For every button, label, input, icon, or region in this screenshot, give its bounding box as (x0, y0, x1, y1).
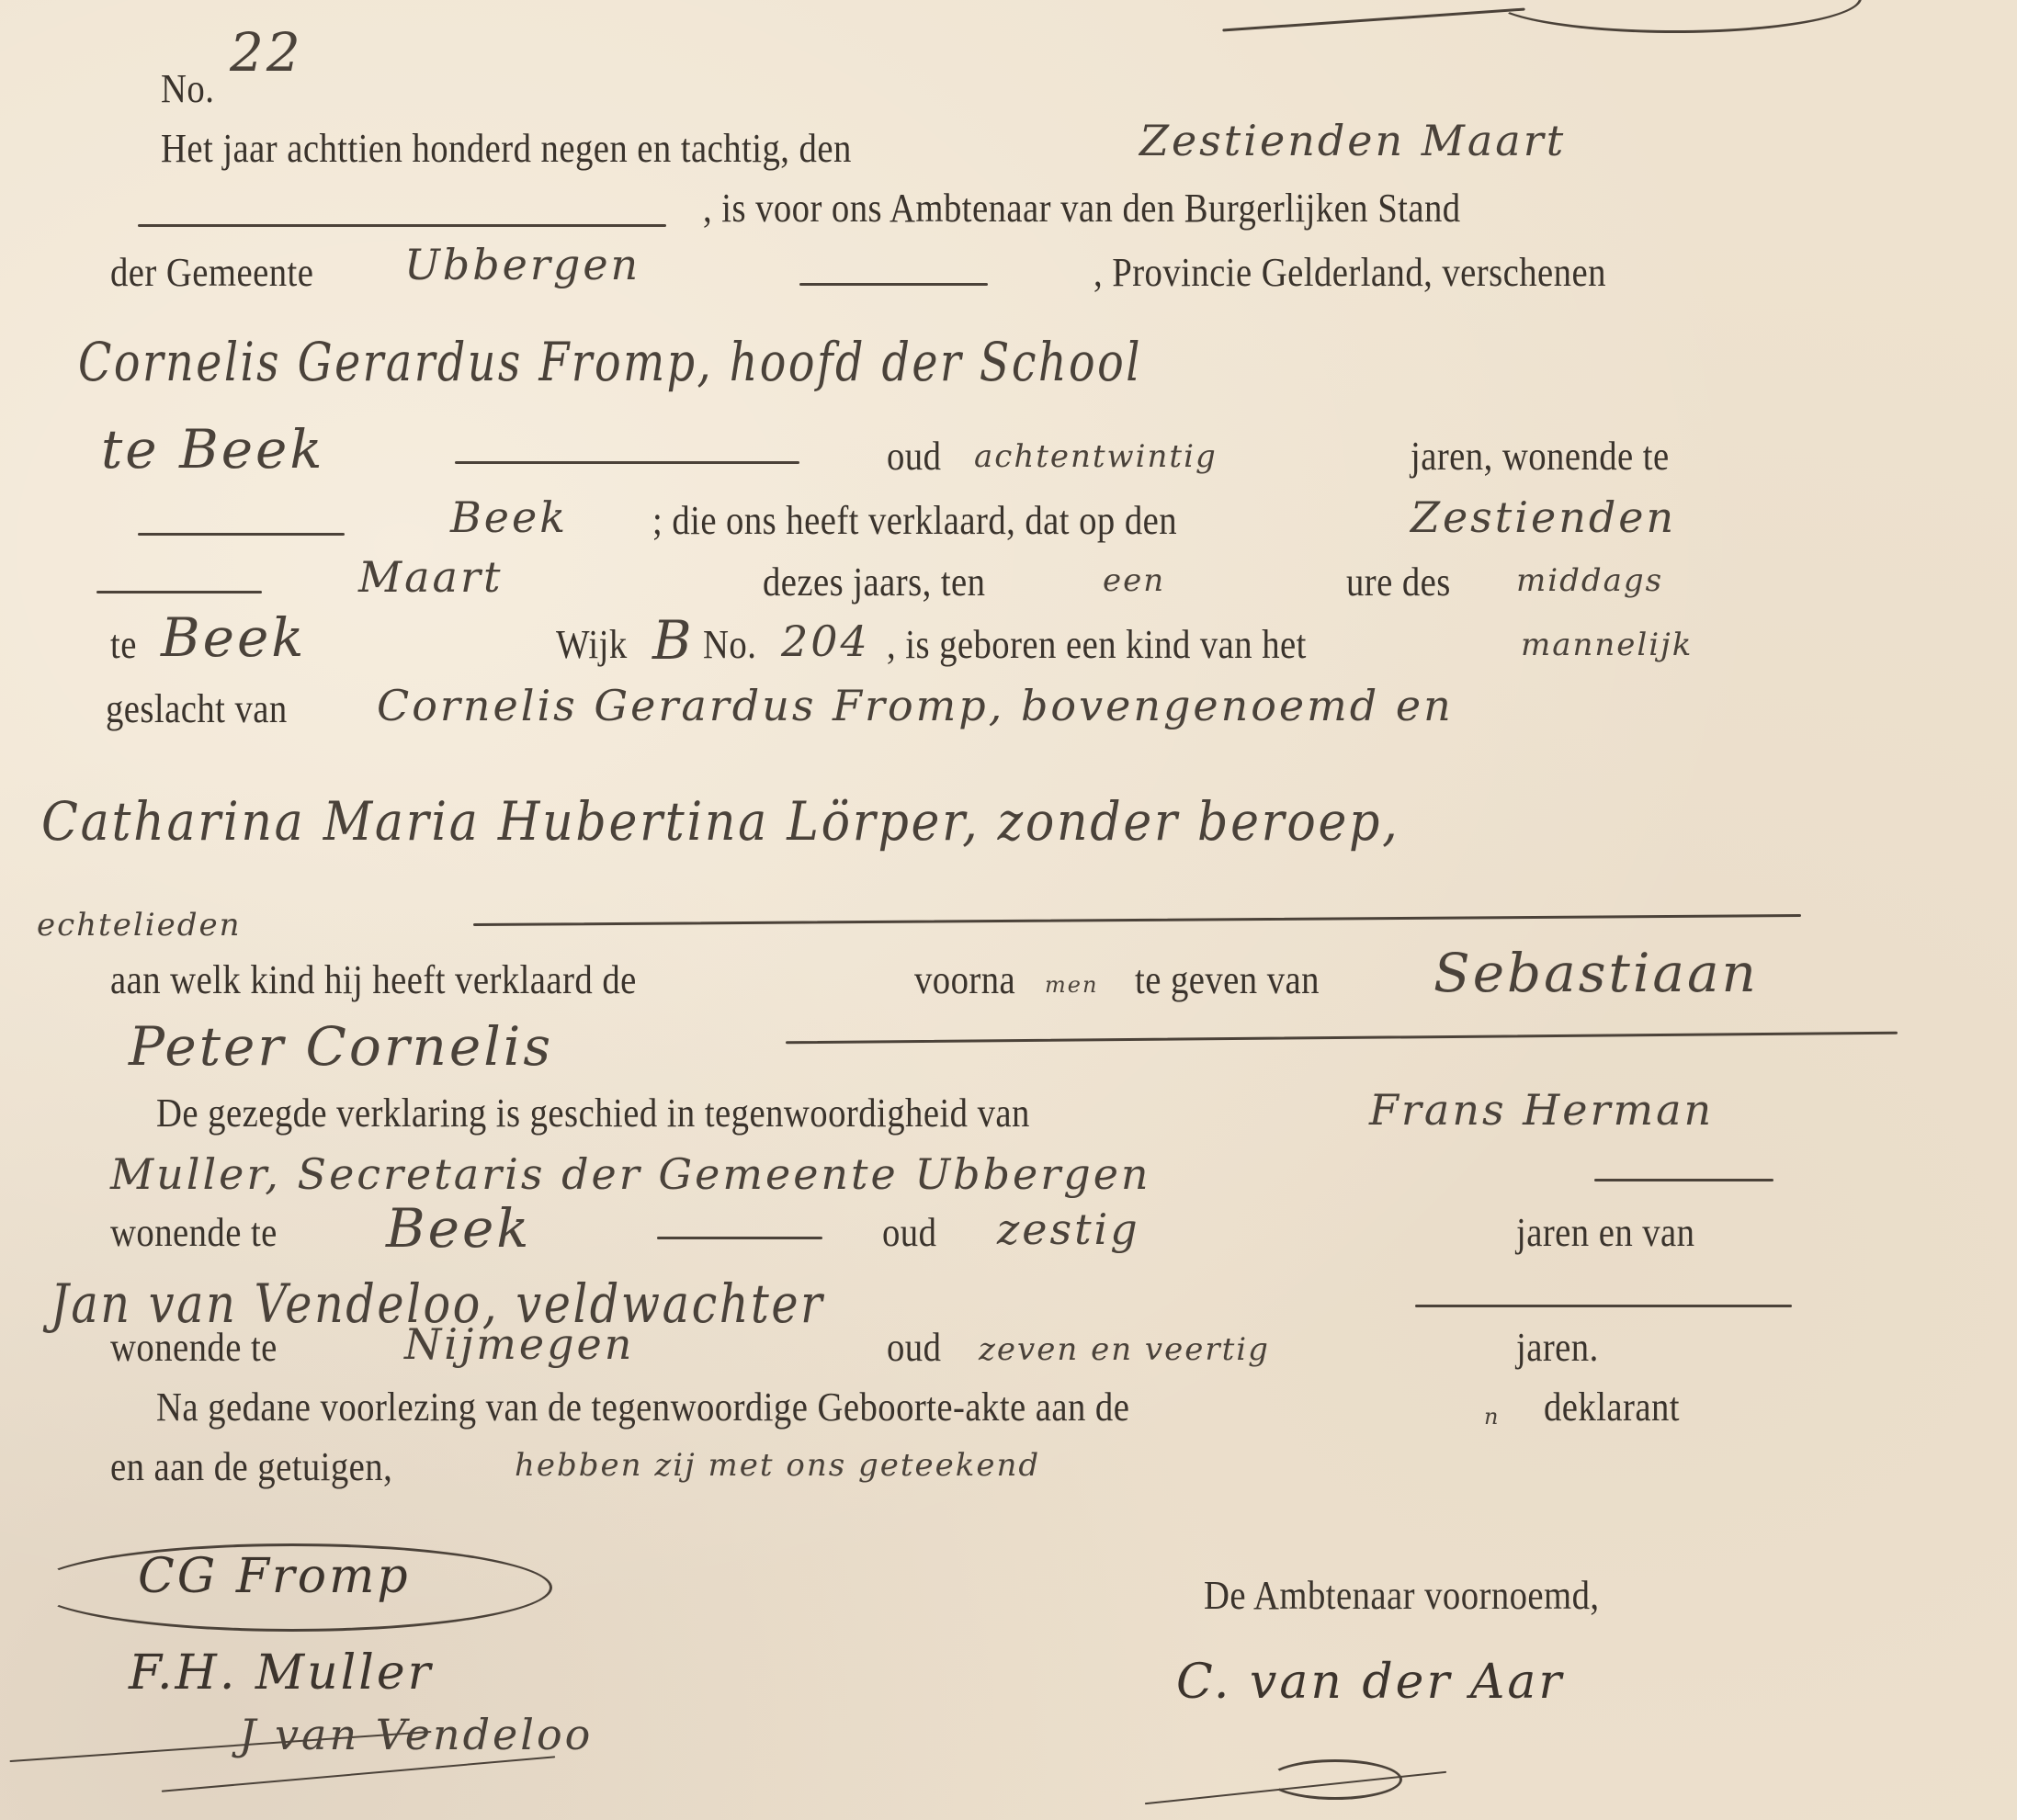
blank-line (138, 224, 666, 227)
printed-voorlezing: Na gedane voorlezing van de tegenwoordig… (156, 1387, 1129, 1428)
signature-official-loop (1268, 1759, 1402, 1800)
hw-witness2-age: zeven en veertig (979, 1334, 1270, 1365)
printed-voornamen: aan welk kind hij heeft verklaard de (110, 960, 637, 1000)
hw-gemeente: Ubbergen (404, 243, 640, 286)
hw-house-number: 204 (781, 620, 870, 662)
printed-jaren-end: jaren. (1516, 1328, 1599, 1368)
hw-part-of-day: middags (1516, 565, 1663, 596)
printed-ure-des: ure des (1346, 562, 1451, 603)
hw-declarant-residence: te Beek (101, 423, 324, 476)
printed-gemeente-label: der Gemeente (110, 253, 313, 293)
hw-birth-place: Beek (161, 611, 306, 664)
signature-official: C. van der Aar (1176, 1658, 1564, 1706)
hw-birth-month: Maart (358, 556, 503, 598)
printed-wonende-te-2: wonende te (110, 1328, 278, 1368)
printed-jaren-en-van: jaren en van (1516, 1213, 1694, 1253)
hw-closing: hebben zij met ons geteekend (515, 1450, 1040, 1481)
printed-oud-1: oud (882, 1213, 936, 1253)
printed-voorna: voorna (914, 960, 1015, 1000)
top-flourish-loop (1489, 0, 1862, 33)
top-flourish-stroke (1222, 7, 1524, 31)
signature-witness2: J van Vendeloo (239, 1713, 593, 1756)
blank-line (455, 461, 799, 464)
blank-line (799, 283, 988, 286)
blank-line (138, 533, 345, 536)
printed-oud-2: oud (887, 1328, 941, 1368)
hw-voornamen-suffix: men (1045, 974, 1098, 996)
signature-declarant: CG Fromp (138, 1553, 411, 1600)
blank-line (1594, 1179, 1773, 1181)
hw-witness1-town: Beek (386, 1202, 531, 1255)
hw-birth-hour: een (1103, 565, 1165, 596)
hw-witness1-age: zestig (997, 1208, 1140, 1250)
hw-witness1-detail: Muller, Secretaris der Gemeente Ubbergen (110, 1153, 1151, 1195)
printed-te: te (110, 625, 137, 665)
hw-declarant-name: Cornelis Gerardus Fromp, hoofd der Schoo… (78, 335, 1142, 389)
blank-line (96, 591, 262, 593)
hw-sex: mannelijk (1521, 629, 1693, 661)
printed-deklarant: deklarant (1544, 1387, 1680, 1428)
signature-underline (162, 1756, 556, 1792)
printed-geboren: , is geboren een kind van het (887, 625, 1307, 665)
printed-no: No. (703, 625, 756, 665)
hw-declarant-age: achtentwintig (974, 441, 1218, 472)
printed-provincie: , Provincie Gelderland, verschenen (1093, 253, 1606, 293)
printed-line-2: , is voor ons Ambtenaar van den Burgerli… (703, 188, 1461, 229)
act-number-value: 22 (230, 26, 303, 79)
blank-line (657, 1237, 822, 1239)
signature-witness1: F.H. Muller (129, 1649, 434, 1697)
hw-child-name-1: Sebastiaan (1433, 946, 1759, 1000)
printed-oud: oud (887, 436, 941, 477)
printed-te-geven-van: te geven van (1135, 960, 1320, 1000)
printed-getuigen: en aan de getuigen, (110, 1447, 392, 1487)
hw-wijk: B (652, 614, 695, 667)
blank-line (786, 1032, 1898, 1045)
hw-witness2-town: Nijmegen (404, 1323, 634, 1365)
official-label: De Ambtenaar voornoemd, (1204, 1576, 1600, 1616)
hw-date: Zestienden Maart (1139, 119, 1566, 162)
hw-marital-status: echtelieden (37, 910, 242, 941)
blank-line (473, 914, 1801, 926)
hw-witness1-name: Frans Herman (1369, 1089, 1714, 1131)
printed-verklaard: ; die ons heeft verklaard, dat op den (652, 501, 1177, 541)
printed-dezes-jaars: dezes jaars, ten (763, 562, 985, 603)
hw-child-name-2: Peter Cornelis (129, 1020, 553, 1073)
printed-jaren-wonende: jaren, wonende te (1411, 436, 1670, 477)
hw-declarant-town: Beek (450, 496, 568, 538)
printed-wijk: Wijk (556, 625, 628, 665)
hw-mother: Catharina Maria Hubertina Lörper, zonder… (41, 795, 1399, 848)
birth-certificate-page: No. 22 Het jaar achttien honderd negen e… (0, 0, 2017, 1820)
printed-line-1: Het jaar achttien honderd negen en tacht… (161, 129, 852, 169)
printed-wonende-te-1: wonende te (110, 1213, 278, 1253)
hw-birth-day: Zestienden (1411, 496, 1676, 538)
hw-father: Cornelis Gerardus Fromp, bovengenoemd en (377, 684, 1454, 727)
printed-gezegde-verklaring: De gezegde verklaring is geschied in teg… (156, 1093, 1030, 1134)
hw-de-suffix: n (1484, 1406, 1500, 1428)
act-number-label: No. (161, 69, 214, 109)
blank-line (1415, 1305, 1792, 1307)
printed-geslacht-van: geslacht van (106, 689, 288, 729)
